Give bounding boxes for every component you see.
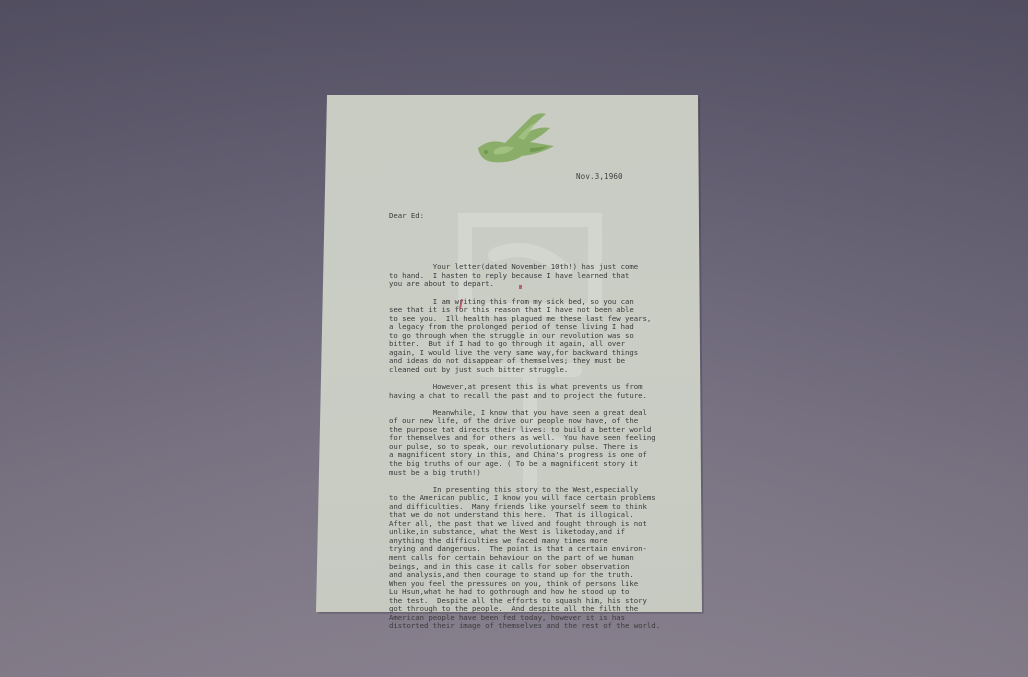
text-line: cleaned out by just such bitter struggle…	[389, 366, 689, 375]
salutation: Dear Ed:	[389, 212, 689, 221]
letter-date: Nov.3,1960	[576, 172, 623, 181]
paragraphs: Your letter(dated November 10th!) has ju…	[389, 263, 689, 631]
paragraph: However,at present this is what prevents…	[389, 383, 689, 400]
text-line: having a chat to recall the past and to …	[389, 392, 689, 401]
paragraph: Your letter(dated November 10th!) has ju…	[389, 263, 689, 289]
text-line: you are about to depart.	[389, 280, 689, 289]
dove-icon	[470, 108, 560, 168]
text-line: distorted their image of themselves and …	[389, 622, 689, 631]
paragraph: I am writing this from my sick bed, so y…	[389, 298, 689, 375]
letter-body: Dear Ed: Your letter(dated November 10th…	[389, 195, 689, 639]
paragraph: In presenting this story to the West,esp…	[389, 486, 689, 631]
paragraph: Meanwhile, I know that you have seen a g…	[389, 409, 689, 477]
text-line: must be a big truth!)	[389, 469, 689, 478]
red-correction-mark	[519, 285, 522, 289]
